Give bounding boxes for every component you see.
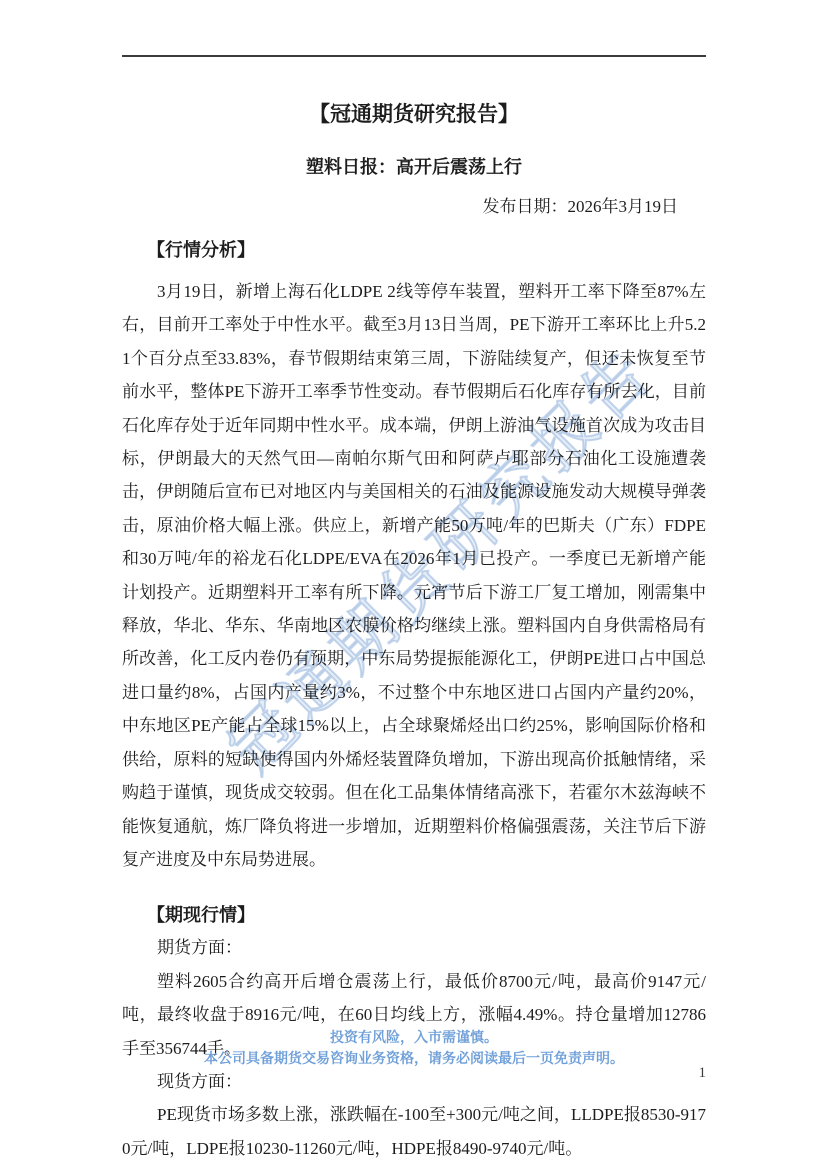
section-heading-market-analysis: 【行情分析】 <box>122 237 706 263</box>
header-rule <box>122 55 706 57</box>
market-analysis-paragraph: 3月19日，新增上海石化LDPE 2线等停车装置，塑料开工率下降至87%左右，目… <box>122 275 706 876</box>
risk-warning-line: 投资有风险，入市需谨慎。 <box>0 1028 828 1049</box>
spot-paragraph: PE现货市场多数上涨，涨跌幅在-100至+300元/吨之间，LLDPE报8530… <box>122 1098 706 1165</box>
publish-date: 发布日期：2026年3月19日 <box>122 195 706 219</box>
page-number: 1 <box>699 1064 707 1082</box>
futures-side-label: 期货方面： <box>122 931 706 964</box>
report-series-title: 【冠通期货研究报告】 <box>122 101 706 127</box>
report-content: 【冠通期货研究报告】 塑料日报：高开后震荡上行 发布日期：2026年3月19日 … <box>122 55 706 1165</box>
section-heading-futures-spot: 【期现行情】 <box>122 902 706 928</box>
report-page: 冠通期货研究报告 【冠通期货研究报告】 塑料日报：高开后震荡上行 发布日期：20… <box>0 0 828 1170</box>
report-title: 塑料日报：高开后震荡上行 <box>122 155 706 179</box>
